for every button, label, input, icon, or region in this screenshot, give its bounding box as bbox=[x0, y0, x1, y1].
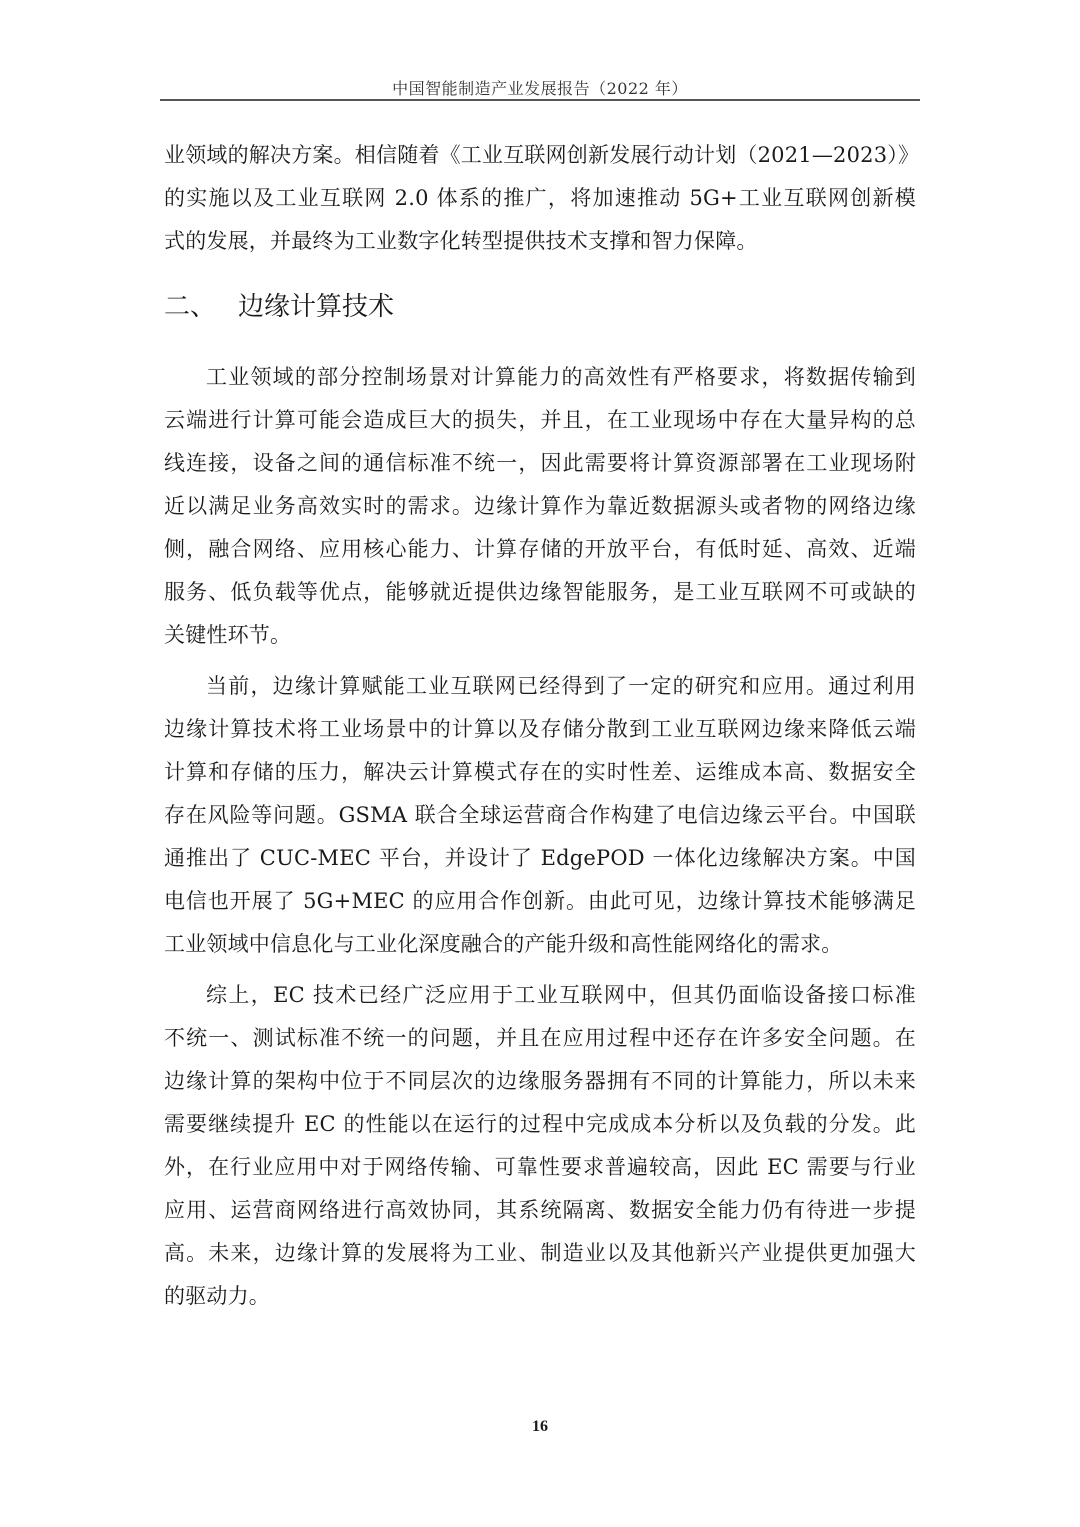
text-line: 近以满足业务高效实时的需求。边缘计算作为靠近数据源头或者物的网络边缘 bbox=[164, 494, 916, 518]
text-line: 线连接，设备之间的通信标准不统一，因此需要将计算资源部署在工业现场附 bbox=[164, 451, 916, 475]
text-line: 式的发展，并最终为工业数字化转型提供技术支撑和智力保障。 bbox=[164, 229, 916, 253]
text-line: 通推出了 CUC-MEC 平台，并设计了 EdgePOD 一体化边缘解决方案。中… bbox=[164, 846, 916, 870]
text-line: 云端进行计算可能会造成巨大的损失，并且，在工业现场中存在大量异构的总 bbox=[164, 408, 916, 432]
text-line: 存在风险等问题。GSMA 联合全球运营商合作构建了电信边缘云平台。中国联 bbox=[164, 803, 916, 827]
text-line: 工业领域的部分控制场景对计算能力的高效性有严格要求，将数据传输到 bbox=[164, 365, 916, 389]
text-line: 综上，EC 技术已经广泛应用于工业互联网中，但其仍面临设备接口标准 bbox=[164, 983, 916, 1007]
text-line: 电信也开展了 5G+MEC 的应用合作创新。由此可见，边缘计算技术能够满足 bbox=[164, 889, 916, 913]
text-line: 应用、运营商网络进行高效协同，其系统隔离、数据安全能力仍有待进一步提 bbox=[164, 1198, 916, 1222]
text-line: 需要继续提升 EC 的性能以在运行的过程中完成成本分析以及负载的分发。此 bbox=[164, 1112, 916, 1136]
running-header: 中国智能制造产业发展报告（2022 年） bbox=[160, 76, 920, 99]
text-line: 计算和存储的压力，解决云计算模式存在的实时性差、运维成本高、数据安全 bbox=[164, 760, 916, 784]
section-number: 二、 bbox=[164, 292, 216, 322]
text-line: 当前，边缘计算赋能工业互联网已经得到了一定的研究和应用。通过利用 bbox=[164, 674, 916, 698]
text-line: 工业领域中信息化与工业化深度融合的产能升级和高性能网络化的需求。 bbox=[164, 932, 916, 956]
text-line: 边缘计算技术将工业场景中的计算以及存储分散到工业互联网边缘来降低云端 bbox=[164, 717, 916, 741]
text-line: 边缘计算的架构中位于不同层次的边缘服务器拥有不同的计算能力，所以未来 bbox=[164, 1069, 916, 1093]
text-line: 的实施以及工业互联网 2.0 体系的推广，将加速推动 5G+工业互联网创新模 bbox=[164, 186, 916, 210]
section-heading: 二、边缘计算技术 bbox=[164, 292, 394, 322]
text-line: 高。未来，边缘计算的发展将为工业、制造业以及其他新兴产业提供更加强大 bbox=[164, 1241, 916, 1265]
page-number: 16 bbox=[0, 1418, 1080, 1436]
text-line: 侧，融合网络、应用核心能力、计算存储的开放平台，有低时延、高效、近端 bbox=[164, 537, 916, 561]
text-line: 外，在行业应用中对于网络传输、可靠性要求普遍较高，因此 EC 需要与行业 bbox=[164, 1155, 916, 1179]
text-line: 服务、低负载等优点，能够就近提供边缘智能服务，是工业互联网不可或缺的 bbox=[164, 580, 916, 604]
text-line: 不统一、测试标准不统一的问题，并且在应用过程中还存在许多安全问题。在 bbox=[164, 1026, 916, 1050]
text-line: 关键性环节。 bbox=[164, 623, 916, 647]
header-divider bbox=[160, 99, 920, 101]
text-line: 的驱动力。 bbox=[164, 1284, 916, 1308]
text-line: 业领域的解决方案。相信随着《工业互联网创新发展行动计划（2021—2023）》 bbox=[164, 143, 916, 167]
section-title: 边缘计算技术 bbox=[238, 292, 394, 322]
